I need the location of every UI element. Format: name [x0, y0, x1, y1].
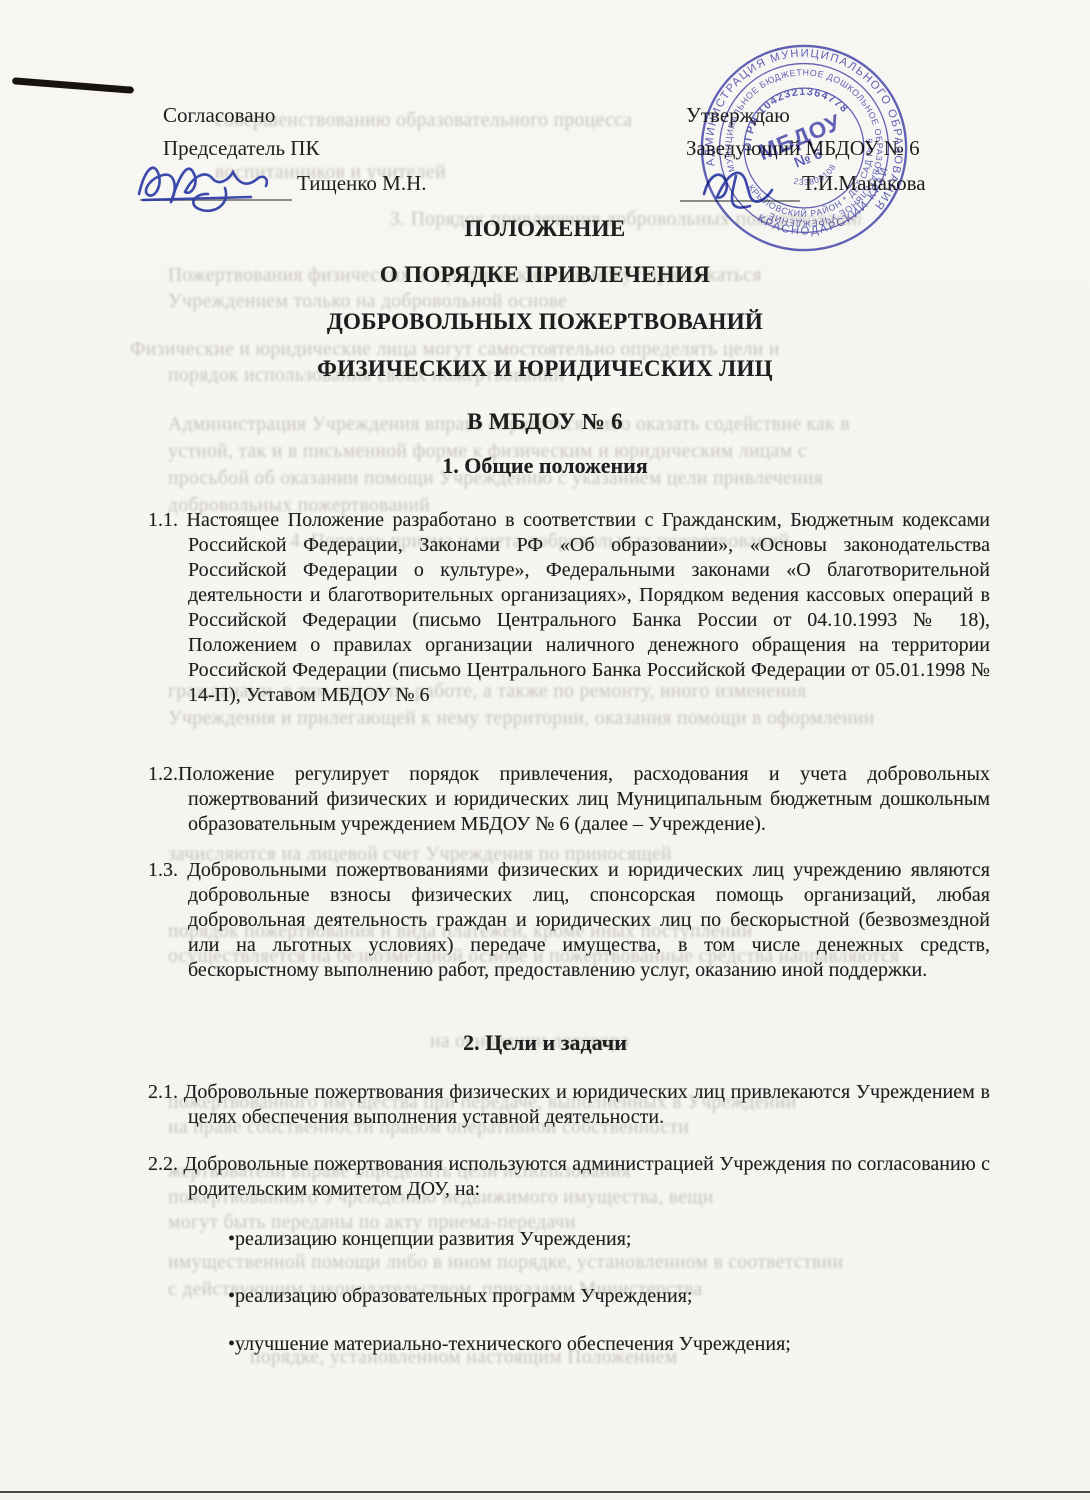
approval-left-line1: Согласовано — [163, 103, 275, 128]
paragraph-1-2: 1.2.Положение регулирует порядок привлеч… — [148, 762, 990, 837]
document-title-line3: ДОБРОВОЛЬНЫХ ПОЖЕРТВОВАНИЙ — [0, 309, 1090, 335]
paragraph-1-1: 1.1. Настоящее Положение разработано в с… — [148, 508, 990, 708]
paragraph-1-3: 1.3. Добровольными пожертвованиями физич… — [148, 858, 990, 983]
bullet-item-1: •реализацию концепции развития Учреждени… — [228, 1228, 958, 1251]
bullet-item-2: •реализацию образовательных программ Учр… — [228, 1285, 958, 1308]
section-1-heading: 1. Общие положения — [0, 453, 1090, 479]
document-title-line4: ФИЗИЧЕСКИХ И ЮРИДИЧЕСКИХ ЛИЦ — [0, 356, 1090, 382]
document-page: совершенствованию образовательного проце… — [0, 0, 1090, 1500]
bullet-item-3: •улучшение материально-технического обес… — [228, 1333, 958, 1356]
document-title-line1: ПОЛОЖЕНИЕ — [0, 216, 1090, 242]
section-2-heading: 2. Цели и задачи — [0, 1030, 1090, 1056]
signature-left — [133, 148, 308, 220]
bleedthrough-line: имущественной помощи либо в ином порядке… — [168, 1252, 1008, 1274]
paragraph-2-1: 2.1. Добровольные пожертвования физическ… — [148, 1080, 990, 1130]
document-title-line2: О ПОРЯДКЕ ПРИВЛЕЧЕНИЯ — [0, 262, 1090, 288]
approval-left-name: Тищенко М.Н. — [297, 171, 427, 196]
bleedthrough-line: Учреждения и прилегающей к нему территор… — [168, 708, 998, 730]
page-bottom-edge — [0, 1491, 1090, 1493]
pen-stroke-mark — [12, 77, 134, 94]
document-title-line5: В МБДОУ № 6 — [0, 409, 1090, 435]
paragraph-2-2: 2.2. Добровольные пожертвования использу… — [148, 1152, 990, 1202]
